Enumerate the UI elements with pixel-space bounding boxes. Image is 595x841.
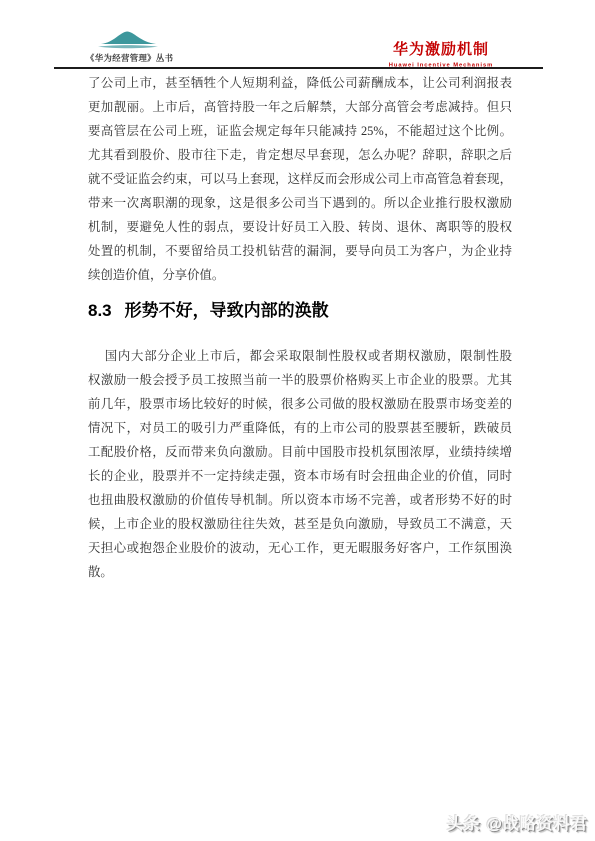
text-line: 更加靓丽。上市后，高管持股一年之后解禁，大部分高管会考虑减持。但只 <box>88 95 512 119</box>
text-line: 就不受证监会约束，可以马上套现，这样反而会形成公司上市高管急着套现， <box>88 167 512 191</box>
text-line: 也扭曲股权激励的价值传导机制。所以资本市场不完善，或者形势不好的时 <box>88 488 512 512</box>
section-title: 形势不好，导致内部的涣散 <box>125 301 329 320</box>
text-line: 散。 <box>88 560 512 584</box>
book-page: 《华为经营管理》丛书 华为激励机制 Huawei Incentive Mecha… <box>0 0 595 841</box>
text-line: 带来一次离职潮的现象，这是很多公司当下遇到的。所以企业推行股权激励 <box>88 191 512 215</box>
text-line: 国内大部分企业上市后，都会采取限制性股权或者期权激励，限制性股 <box>88 344 512 368</box>
text-line: 机制，要避免人性的弱点，要设计好员工入股、转岗、退休、离职等的股权 <box>88 215 512 239</box>
series-title: 《华为经营管理》丛书 <box>86 52 173 64</box>
section-number: 8.3 <box>88 301 112 320</box>
watermark: 头条 @战略资料君 <box>447 811 588 834</box>
text-line: 处置的机制，不要留给员工投机钻营的漏洞，要导向员工为客户，为企业持 <box>88 239 512 263</box>
text-line: 工配股价格，反而带来负向激励。目前中国股市投机氛围浓厚，业绩持续增 <box>88 440 512 464</box>
text-line: 续创造价值，分享价值。 <box>88 263 512 287</box>
text-line: 要高管层在公司上班，证监会规定每年只能减持 25%，不能超过这个比例。 <box>88 119 512 143</box>
text-line: 天担心或抱怨企业股价的波动，无心工作，更无暇服务好客户，工作氛围涣 <box>88 536 512 560</box>
text-line: 了公司上市，甚至牺牲个人短期利益，降低公司薪酬成本，让公司利润报表 <box>88 71 512 95</box>
header-divider <box>54 67 543 69</box>
body-paragraph-2: 国内大部分企业上市后，都会采取限制性股权或者期权激励，限制性股权激励一般会授予员… <box>88 344 512 584</box>
text-line: 候，上市企业的股权激励往往失效，甚至是负向激励，导致员工不满意，天 <box>88 512 512 536</box>
book-title: 华为激励机制 <box>393 38 489 59</box>
publisher-logo-icon <box>96 28 160 50</box>
text-line: 前几年，股票市场比较好的时候，很多公司做的股权激励在股票市场变差的 <box>88 392 512 416</box>
text-line: 权激励一般会授予员工按照当前一半的股票价格购买上市企业的股票。尤其 <box>88 368 512 392</box>
section-heading: 8.3形势不好，导致内部的涣散 <box>88 298 329 324</box>
text-line: 长的企业，股票并不一定持续走强，资本市场有时会扭曲企业的价值，同时 <box>88 464 512 488</box>
text-line: 情况下，对员工的吸引力严重降低，有的上市公司的股票甚至腰斩，跌破员 <box>88 416 512 440</box>
body-paragraph-1: 了公司上市，甚至牺牲个人短期利益，降低公司薪酬成本，让公司利润报表更加靓丽。上市… <box>88 71 512 287</box>
text-line: 尤其看到股价、股市往下走，肯定想尽早套现，怎么办呢？辞职，辞职之后 <box>88 143 512 167</box>
